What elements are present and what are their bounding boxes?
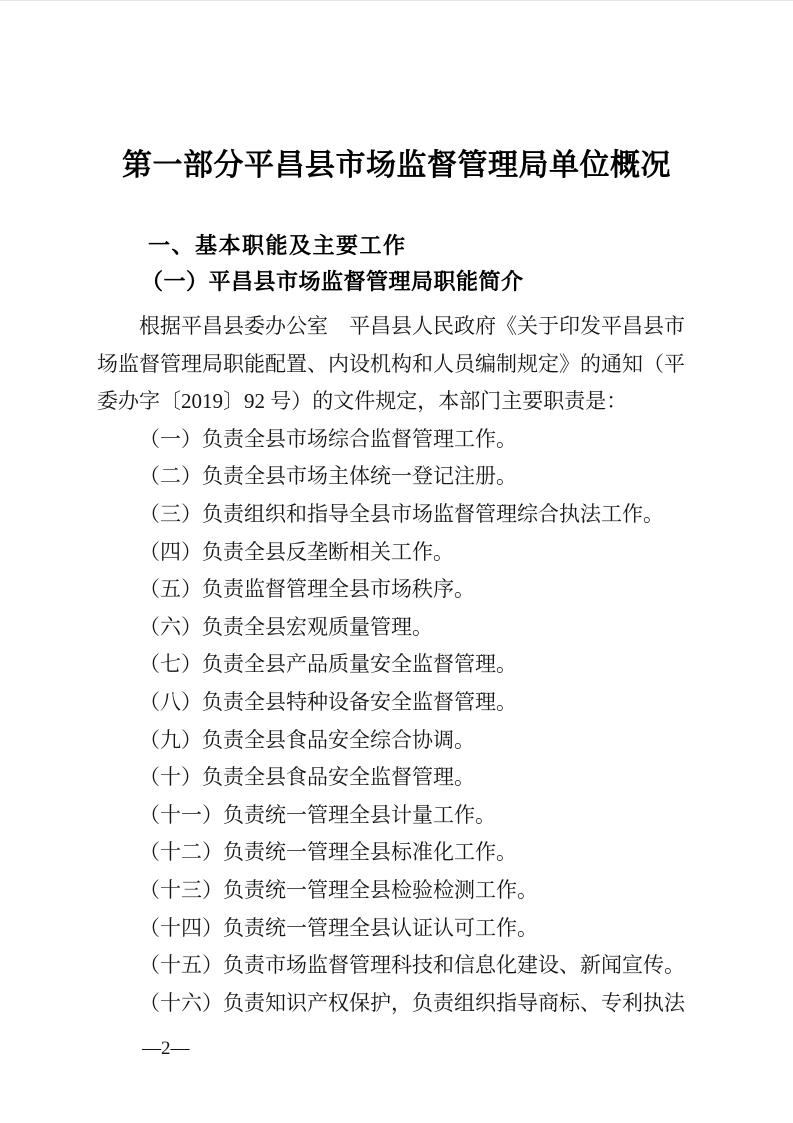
duty-item: （一）负责全县市场综合监督管理工作。	[97, 421, 697, 459]
intro-line: 场监督管理局职能配置、内设机构和人员编制规定》的通知（平	[97, 346, 697, 384]
page-title: 第一部分平昌县市场监督管理局单位概况	[0, 143, 793, 189]
duty-item: （十五）负责市场监督管理科技和信息化建设、新闻宣传。	[97, 947, 697, 985]
section-subheading: （一）平昌县市场监督管理局职能简介	[141, 265, 524, 299]
duty-item: （五）负责监督管理全县市场秩序。	[97, 571, 697, 609]
intro-line: 根据平昌县委办公室 平昌县人民政府《关于印发平昌县市	[97, 308, 697, 346]
duty-item: （十三）负责统一管理全县检验检测工作。	[97, 872, 697, 910]
duty-item: （四）负责全县反垄断相关工作。	[97, 534, 697, 572]
duty-item: （十六）负责知识产权保护，负责组织指导商标、专利执法	[97, 985, 697, 1023]
page-number: —2—	[142, 1035, 190, 1063]
duty-item: （三）负责组织和指导全县市场监督管理综合执法工作。	[97, 496, 697, 534]
duty-item: （十）负责全县食品安全监督管理。	[97, 759, 697, 797]
document-page: 第一部分平昌县市场监督管理局单位概况 一、基本职能及主要工作 （一）平昌县市场监…	[0, 0, 793, 1123]
duty-item: （十二）负责统一管理全县标准化工作。	[97, 834, 697, 872]
intro-line: 委办字〔2019〕92 号）的文件规定，本部门主要职责是：	[97, 383, 697, 421]
body-text: 根据平昌县委办公室 平昌县人民政府《关于印发平昌县市 场监督管理局职能配置、内设…	[97, 308, 697, 1022]
duty-item: （十四）负责统一管理全县认证认可工作。	[97, 910, 697, 948]
duty-item: （七）负责全县产品质量安全监督管理。	[97, 646, 697, 684]
duty-item: （六）负责全县宏观质量管理。	[97, 609, 697, 647]
duty-item: （八）负责全县特种设备安全监督管理。	[97, 684, 697, 722]
section-heading: 一、基本职能及主要工作	[148, 230, 407, 262]
duty-item: （二）负责全县市场主体统一登记注册。	[97, 458, 697, 496]
duty-item: （九）负责全县食品安全综合协调。	[97, 722, 697, 760]
duty-item: （十一）负责统一管理全县计量工作。	[97, 797, 697, 835]
